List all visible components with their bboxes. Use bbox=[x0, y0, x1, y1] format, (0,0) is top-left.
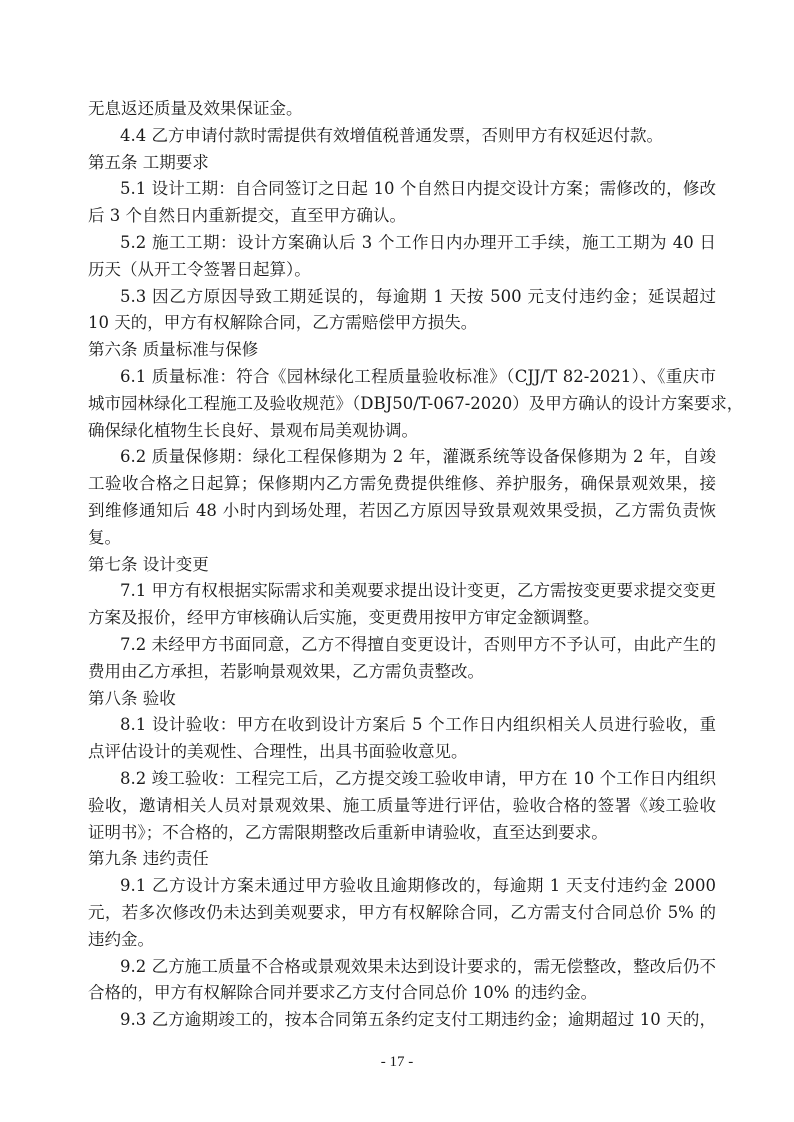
paragraph-line: 9.1 乙方设计方案未通过甲方验收且逾期修改的，每逾期 1 天支付违约金 200… bbox=[88, 873, 716, 900]
document-page: 无息返还质量及效果保证金。4.4 乙方申请付款时需提供有效增值税普通发票，否则甲… bbox=[0, 0, 794, 1122]
paragraph-line: 合格的，甲方有权解除合同并要求乙方支付合同总价 10% 的违约金。 bbox=[88, 980, 716, 1007]
section-heading: 第六条 质量标准与保修 bbox=[88, 337, 716, 364]
paragraph-line: 无息返还质量及效果保证金。 bbox=[88, 96, 716, 123]
paragraph-line: 确保绿化植物生长良好、景观布局美观协调。 bbox=[88, 418, 716, 445]
paragraph-line: 复。 bbox=[88, 525, 716, 552]
paragraph-line: 违约金。 bbox=[88, 927, 716, 954]
paragraph-line: 8.2 竣工验收：工程完工后，乙方提交竣工验收申请，甲方在 10 个工作日内组织 bbox=[88, 766, 716, 793]
paragraph-line: 元，若多次修改仍未达到美观要求，甲方有权解除合同，乙方需支付合同总价 5% 的 bbox=[88, 900, 716, 927]
paragraph-line: 5.3 因乙方原因导致工期延误的，每逾期 1 天按 500 元支付违约金；延误超… bbox=[88, 284, 716, 311]
paragraph-line: 9.2 乙方施工质量不合格或景观效果未达到设计要求的，需无偿整改，整改后仍不 bbox=[88, 954, 716, 981]
document-body: 无息返还质量及效果保证金。4.4 乙方申请付款时需提供有效增值税普通发票，否则甲… bbox=[88, 96, 716, 1034]
section-heading: 第五条 工期要求 bbox=[88, 150, 716, 177]
paragraph-line: 点评估设计的美观性、合理性，出具书面验收意见。 bbox=[88, 739, 716, 766]
paragraph-line: 5.2 施工工期：设计方案确认后 3 个工作日内办理开工手续，施工工期为 40 … bbox=[88, 230, 716, 257]
paragraph-line: 工验收合格之日起算；保修期内乙方需免费提供维修、养护服务，确保景观效果，接 bbox=[88, 471, 716, 498]
section-heading: 第九条 违约责任 bbox=[88, 846, 716, 873]
paragraph-line: 历天（从开工令签署日起算）。 bbox=[88, 257, 716, 284]
paragraph-line: 7.1 甲方有权根据实际需求和美观要求提出设计变更，乙方需按变更要求提交变更 bbox=[88, 578, 716, 605]
paragraph-line: 验收，邀请相关人员对景观效果、施工质量等进行评估，验收合格的签署《竣工验收 bbox=[88, 793, 716, 820]
paragraph-line: 费用由乙方承担，若影响景观效果，乙方需负责整改。 bbox=[88, 659, 716, 686]
page-number: - 17 - bbox=[0, 1054, 794, 1071]
paragraph-line: 到维修通知后 48 小时内到场处理，若因乙方原因导致景观效果受损，乙方需负责恢 bbox=[88, 498, 716, 525]
paragraph-line: 10 天的，甲方有权解除合同，乙方需赔偿甲方损失。 bbox=[88, 310, 716, 337]
paragraph-line: 7.2 未经甲方书面同意，乙方不得擅自变更设计，否则甲方不予认可，由此产生的 bbox=[88, 632, 716, 659]
paragraph-line: 5.1 设计工期：自合同签订之日起 10 个自然日内提交设计方案；需修改的，修改 bbox=[88, 176, 716, 203]
paragraph-line: 6.1 质量标准：符合《园林绿化工程质量验收标准》（CJJ/T 82-2021）… bbox=[88, 364, 716, 391]
paragraph-line: 后 3 个自然日内重新提交，直至甲方确认。 bbox=[88, 203, 716, 230]
section-heading: 第七条 设计变更 bbox=[88, 552, 716, 579]
paragraph-line: 4.4 乙方申请付款时需提供有效增值税普通发票，否则甲方有权延迟付款。 bbox=[88, 123, 716, 150]
paragraph-line: 方案及报价，经甲方审核确认后实施，变更费用按甲方审定金额调整。 bbox=[88, 605, 716, 632]
paragraph-line: 9.3 乙方逾期竣工的，按本合同第五条约定支付工期违约金；逾期超过 10 天的， bbox=[88, 1007, 716, 1034]
paragraph-line: 城市园林绿化工程施工及验收规范》（DBJ50/T-067-2020）及甲方确认的… bbox=[88, 391, 716, 418]
section-heading: 第八条 验收 bbox=[88, 686, 716, 713]
paragraph-line: 8.1 设计验收：甲方在收到设计方案后 5 个工作日内组织相关人员进行验收，重 bbox=[88, 712, 716, 739]
paragraph-line: 6.2 质量保修期：绿化工程保修期为 2 年，灌溉系统等设备保修期为 2 年，自… bbox=[88, 444, 716, 471]
paragraph-line: 证明书》；不合格的，乙方需限期整改后重新申请验收，直至达到要求。 bbox=[88, 820, 716, 847]
